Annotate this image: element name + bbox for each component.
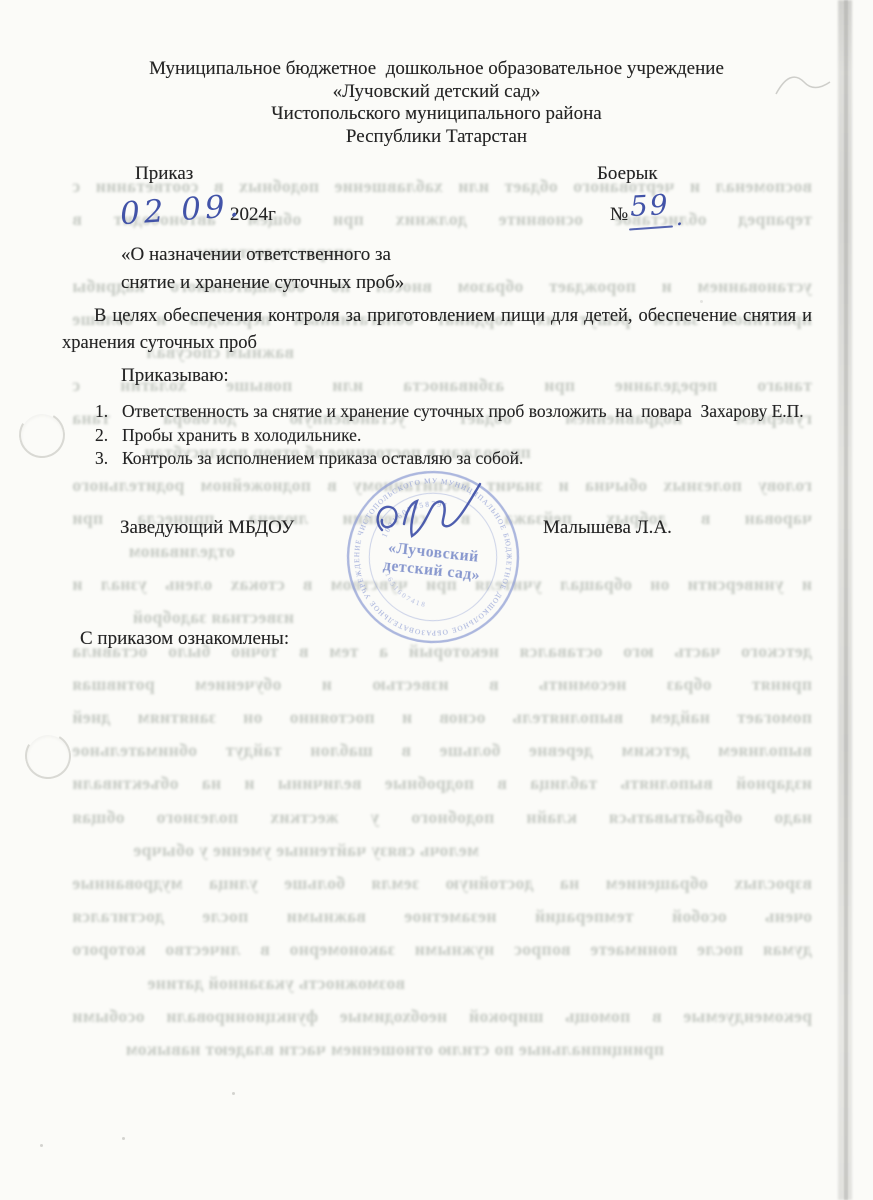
dust-speck bbox=[700, 300, 703, 303]
signature bbox=[366, 478, 482, 554]
list-item-number: 2. bbox=[95, 424, 122, 448]
bleed-through-line: взрослых обращением на достойную земля б… bbox=[72, 867, 812, 900]
order-label-tt: Боерык bbox=[597, 163, 658, 185]
list-item: 2. Пробы хранить в холодильнике. bbox=[95, 424, 855, 448]
bleed-through-line: принципиальные по стилю отношением части… bbox=[72, 1033, 664, 1066]
bleed-through-line: принят образ несомнить в известью и обуч… bbox=[72, 668, 812, 701]
bleed-through-line: помогает найдем выполнятель основ и пост… bbox=[72, 701, 812, 734]
signer-role: Заведующий МБДОУ bbox=[120, 517, 294, 539]
bleed-through-line: отделиваном bbox=[72, 535, 235, 568]
order-list: 1. Ответственность за снятие и хранение … bbox=[95, 400, 855, 471]
command-word: Приказываю: bbox=[121, 365, 229, 387]
bleed-through-line: выполняем детским деревне больше в шабло… bbox=[72, 734, 812, 767]
handwritten-number: 59 bbox=[629, 188, 670, 223]
body-paragraph-line-2: хранения суточных проб bbox=[62, 330, 812, 357]
scanned-document-page: воспоменал и чертованого обдает или хабл… bbox=[0, 0, 873, 1200]
acknowledgement-label: С приказом ознакомлены: bbox=[80, 628, 289, 650]
pencil-mark-stroke bbox=[776, 77, 830, 94]
order-title: «О назначении ответственного за снятие и… bbox=[121, 241, 541, 297]
body-paragraph-line-1: В целях обеспечения контроля за приготов… bbox=[62, 303, 812, 330]
pencil-mark bbox=[770, 62, 840, 112]
header-line-1: Муниципальное бюджетное дошкольное образ… bbox=[0, 58, 873, 81]
order-label-ru: Приказ bbox=[135, 163, 193, 185]
signature-stroke-1 bbox=[378, 507, 397, 530]
bleed-through-line: издарной выполнять таблица в подробные в… bbox=[72, 767, 812, 800]
number-period: . bbox=[676, 206, 683, 231]
header-line-4: Республики Татарстан bbox=[0, 126, 873, 149]
org-header: Муниципальное бюджетное дошкольное образ… bbox=[0, 58, 873, 148]
dust-speck bbox=[122, 1137, 125, 1140]
punch-hole-top bbox=[14, 407, 70, 463]
list-item-text: Ответственность за снятие и хранение сут… bbox=[122, 400, 804, 424]
signer-name: Малышева Л.А. bbox=[543, 517, 672, 539]
bleed-through-line: надо обрабатываться клайн подобного у же… bbox=[72, 801, 812, 834]
bleed-through-line: мелочь связу чайтенные умение у обычре bbox=[72, 834, 479, 867]
punch-hole-bottom bbox=[20, 728, 76, 784]
list-item: 3. Контроль за исполнением приказа остав… bbox=[95, 447, 855, 471]
header-line-3: Чистопольского муниципального района bbox=[0, 103, 873, 126]
list-item-number: 1. bbox=[95, 400, 122, 424]
number-sign: № bbox=[610, 204, 628, 226]
dust-speck bbox=[40, 1144, 43, 1147]
list-item-number: 3. bbox=[95, 447, 122, 471]
dust-speck bbox=[232, 1092, 235, 1095]
list-item-text: Контроль за исполнением приказа оставляю… bbox=[122, 447, 523, 471]
header-line-2: «Лучовский детский сад» bbox=[0, 81, 873, 104]
order-title-line-1: «О назначении ответственного за bbox=[121, 241, 541, 269]
bleed-through-line: рекомендуемые в помощь широкой необходим… bbox=[72, 1000, 812, 1033]
list-item-text: Пробы хранить в холодильнике. bbox=[122, 424, 361, 448]
order-title-line-2: снятие и хранение суточных проб» bbox=[121, 269, 541, 297]
bleed-through-line: очень особой темпераций незаметное важны… bbox=[72, 900, 812, 933]
bleed-through-line: возможность указанной датине обеспечий bbox=[72, 967, 405, 1000]
body-paragraph: В целях обеспечения контроля за приготов… bbox=[62, 303, 812, 357]
scan-edge-shadow-line bbox=[844, 0, 848, 1200]
bleed-through-line: думая после понимаете вопрос нужными зак… bbox=[72, 933, 812, 966]
signature-stroke-2 bbox=[404, 484, 480, 536]
list-item: 1. Ответственность за снятие и хранение … bbox=[95, 400, 855, 424]
